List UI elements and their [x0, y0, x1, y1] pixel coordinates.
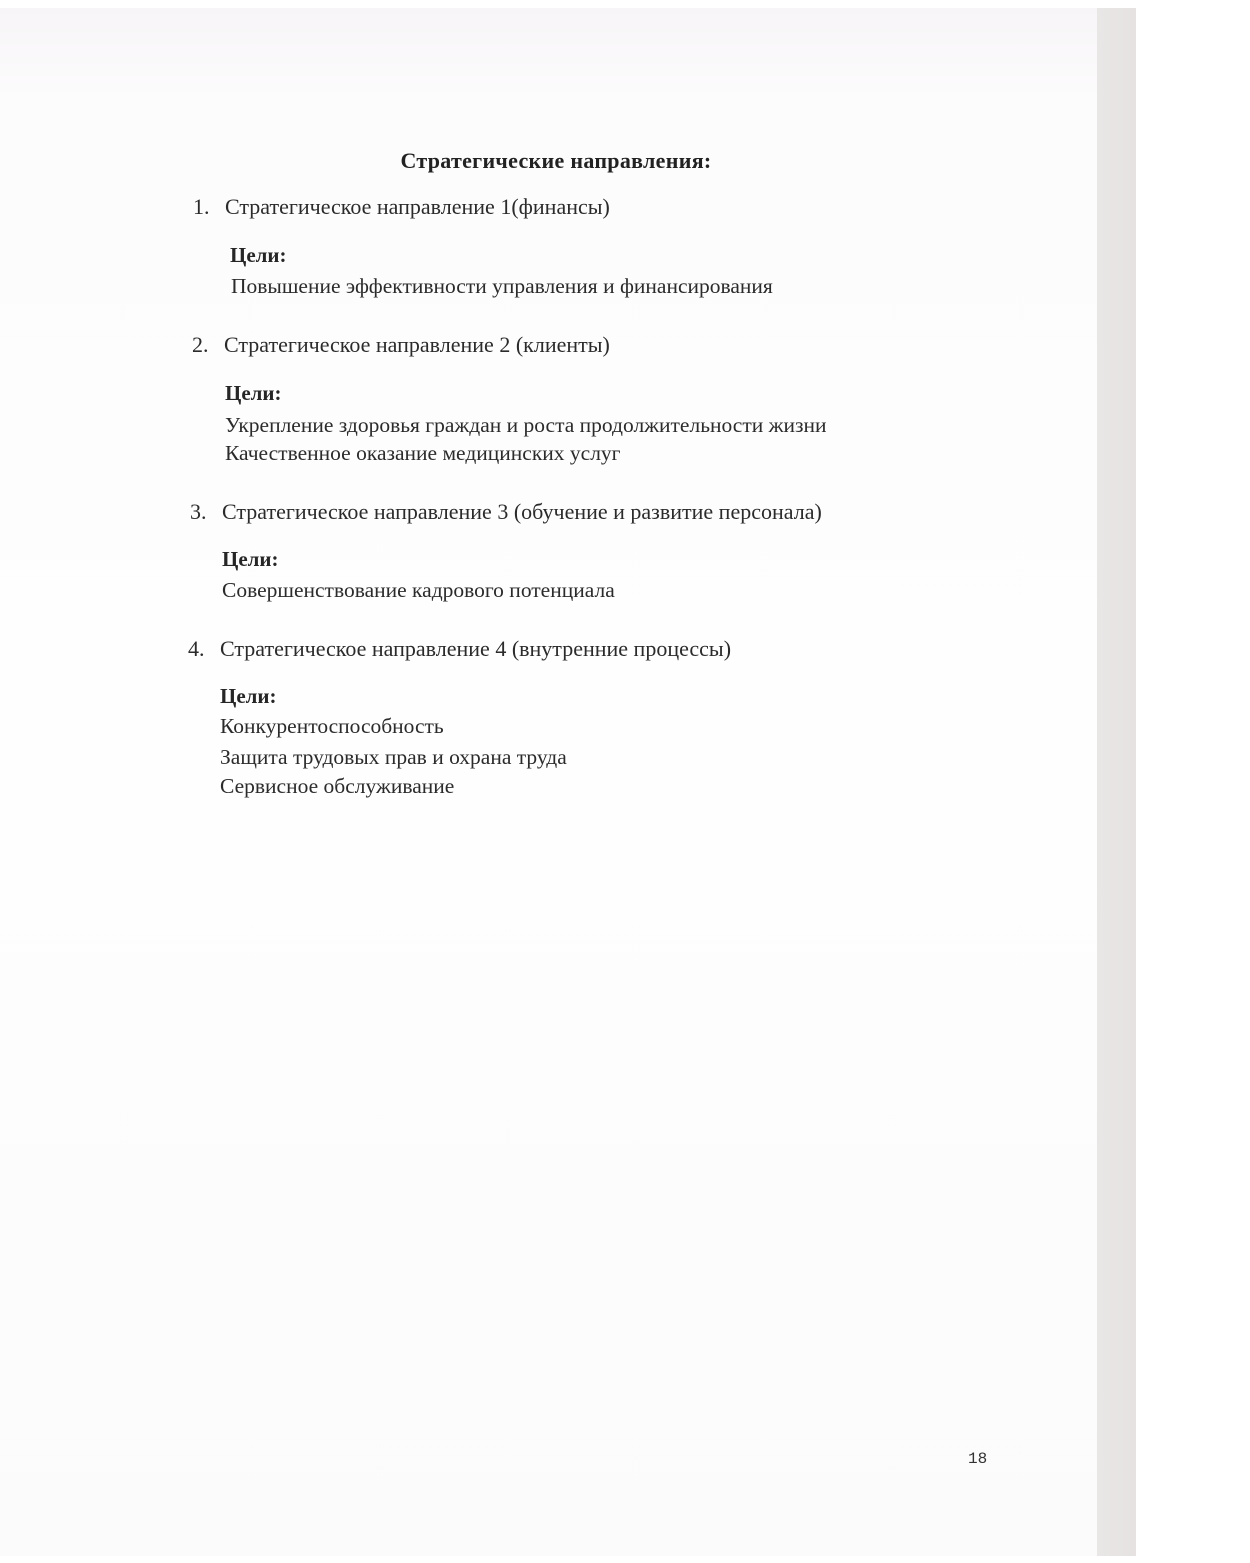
direction-4-goal-3: Сервисное обслуживание	[220, 774, 454, 799]
direction-title-text: Стратегическое направление 1(финансы)	[225, 194, 610, 219]
page-number: 18	[968, 1450, 987, 1468]
direction-3-goal-1: Совершенствование кадрового потенциала	[222, 578, 615, 603]
scan-edge-shadow	[1097, 8, 1136, 1556]
direction-number: 3.	[190, 499, 222, 525]
direction-number: 1.	[193, 194, 225, 220]
direction-4-title: 4.Стратегическое направление 4 (внутренн…	[188, 636, 731, 662]
direction-4-goals-label: Цели:	[220, 684, 277, 709]
direction-1-title: 1.Стратегическое направление 1(финансы)	[193, 194, 610, 220]
direction-number: 2.	[192, 332, 224, 358]
direction-1-goal-1: Повышение эффективности управления и фин…	[231, 274, 773, 299]
direction-2-goal-1: Укрепление здоровья граждан и роста прод…	[225, 413, 827, 438]
direction-3-goals-label: Цели:	[222, 547, 279, 572]
direction-number: 4.	[188, 636, 220, 662]
scanned-page	[0, 8, 1136, 1556]
page-heading: Стратегические направления:	[0, 148, 1112, 174]
direction-2-goals-label: Цели:	[225, 381, 282, 406]
direction-1-goals-label: Цели:	[230, 243, 287, 268]
direction-3-title: 3.Стратегическое направление 3 (обучение…	[190, 499, 822, 525]
direction-2-goal-2: Качественное оказание медицинских услуг	[225, 441, 621, 466]
direction-4-goal-2: Защита трудовых прав и охрана труда	[220, 745, 567, 770]
direction-title-text: Стратегическое направление 4 (внутренние…	[220, 636, 731, 661]
direction-title-text: Стратегическое направление 2 (клиенты)	[224, 332, 610, 357]
direction-2-title: 2.Стратегическое направление 2 (клиенты)	[192, 332, 610, 358]
direction-4-goal-1: Конкурентоспособность	[220, 714, 444, 739]
direction-title-text: Стратегическое направление 3 (обучение и…	[222, 499, 822, 524]
